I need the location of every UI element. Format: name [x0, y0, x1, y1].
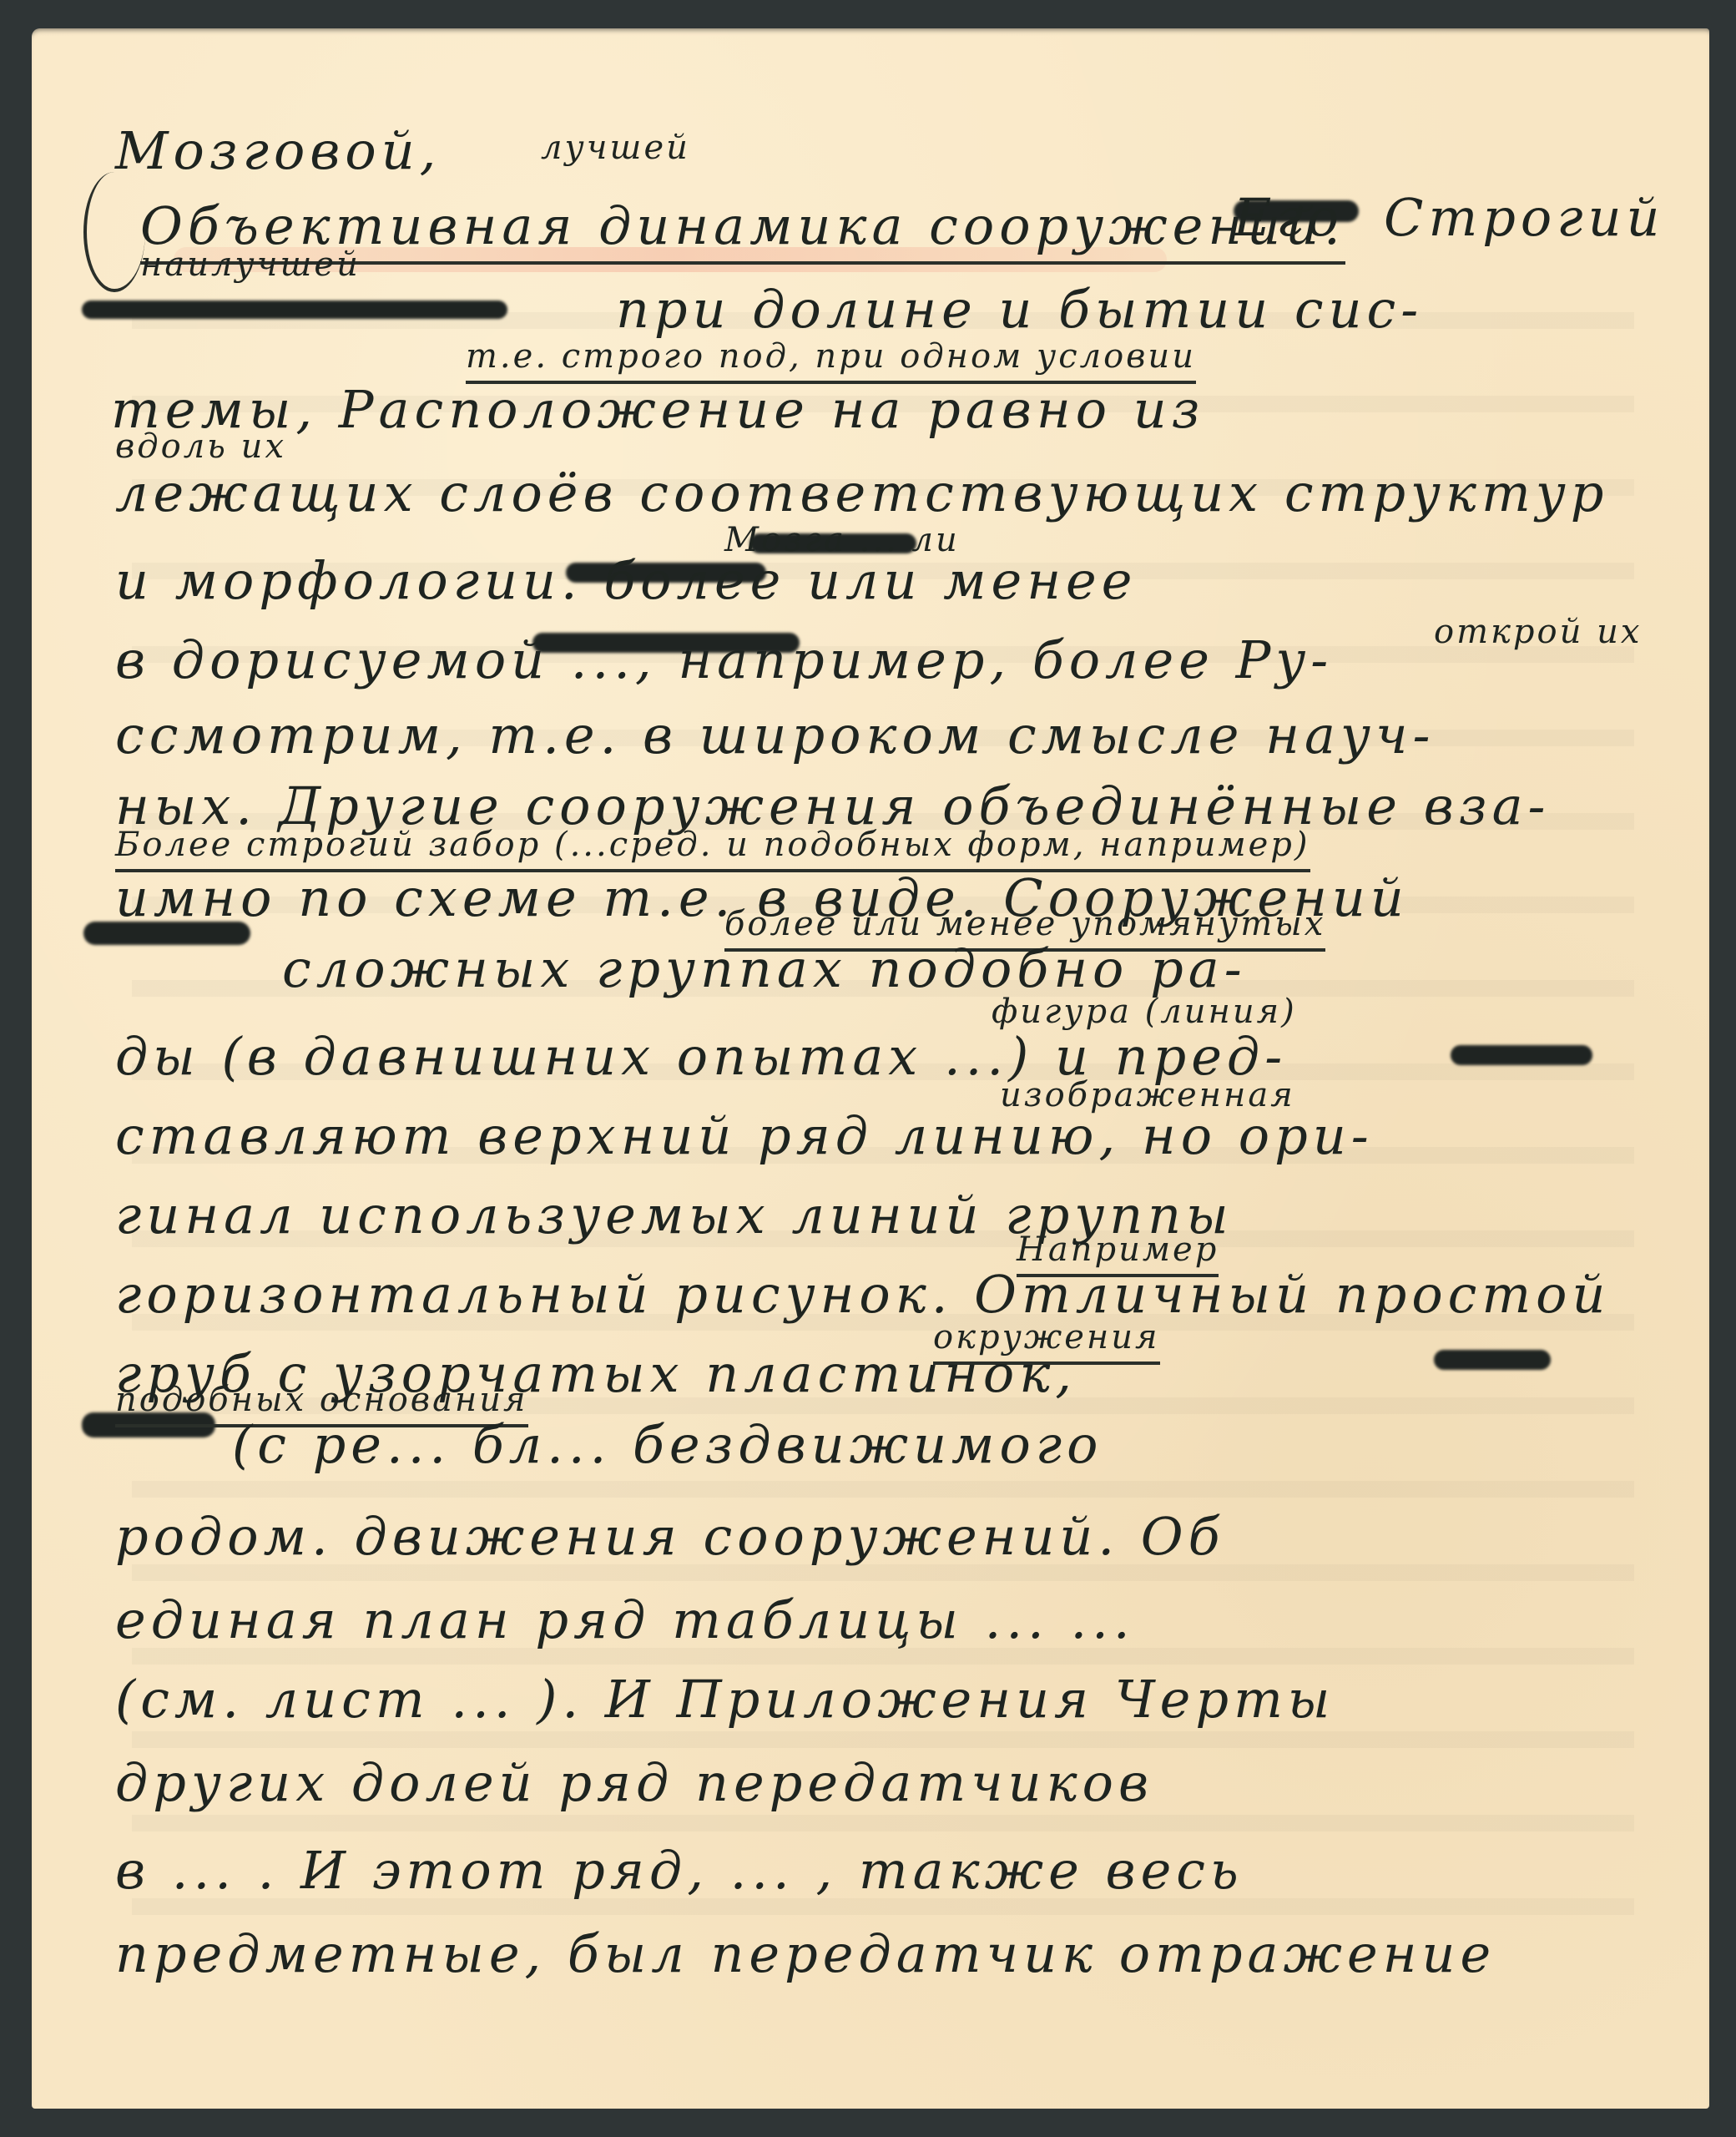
struck-word: Его — [1234, 187, 1344, 248]
interlinear-insertion: т.е. строго под, при одном условии — [466, 337, 1196, 384]
margin-bracket — [83, 172, 145, 292]
interlinear-insertion: вдоль их — [115, 427, 286, 466]
manuscript-line: ставляют верхний ряд линию, но ори- — [115, 1105, 1374, 1166]
manuscript-line: единая план ряд таблицы ... ... — [115, 1589, 1135, 1650]
manuscript-line: Мозговой, — [115, 120, 441, 181]
manuscript-line: при долине и бытии сис- — [616, 279, 1423, 340]
interlinear-insertion: открой их — [1434, 613, 1642, 651]
manuscript-line: (с ре... бл... бездвижимого — [232, 1414, 1103, 1475]
manuscript-line: лежащих слоёв соответствующих структур — [115, 462, 1608, 523]
manuscript-line: сложных группах подобно ра- — [282, 938, 1247, 999]
manuscript-line: предметные, был передатчик отражение — [115, 1923, 1496, 1984]
manuscript-line: в ... . И этот ряд, ... , также весь — [115, 1840, 1244, 1901]
manuscript-page: Мозговой, лучшей Объективная динамика со… — [32, 28, 1709, 2109]
manuscript-line: родом. движения сооружений. Об — [115, 1506, 1224, 1567]
strikethrough-mark — [1451, 1045, 1592, 1065]
interlinear-insertion: лучшей — [541, 129, 690, 167]
strikethrough-mark — [82, 301, 507, 319]
manuscript-line: других долей ряд передатчиков — [115, 1752, 1153, 1813]
manuscript-line: горизонтальный рисунок. Отличный простой — [115, 1264, 1610, 1325]
manuscript-line: Строгий — [1384, 187, 1664, 248]
manuscript-line: ссмотрим, т.е. в широком смысле науч- — [115, 705, 1435, 765]
manuscript-line: (см. лист ... ). И Приложения Черты — [115, 1669, 1335, 1730]
manuscript-line: в дорисуемой ..., например, более Ру- — [115, 629, 1333, 690]
strikethrough-mark — [1434, 1350, 1551, 1370]
interlinear-insertion: наилучшей — [140, 245, 361, 284]
interlinear-insertion: Более строгий забор (...сред. и подобных… — [115, 826, 1310, 872]
manuscript-line: и морфологии. более или менее — [115, 550, 1137, 611]
